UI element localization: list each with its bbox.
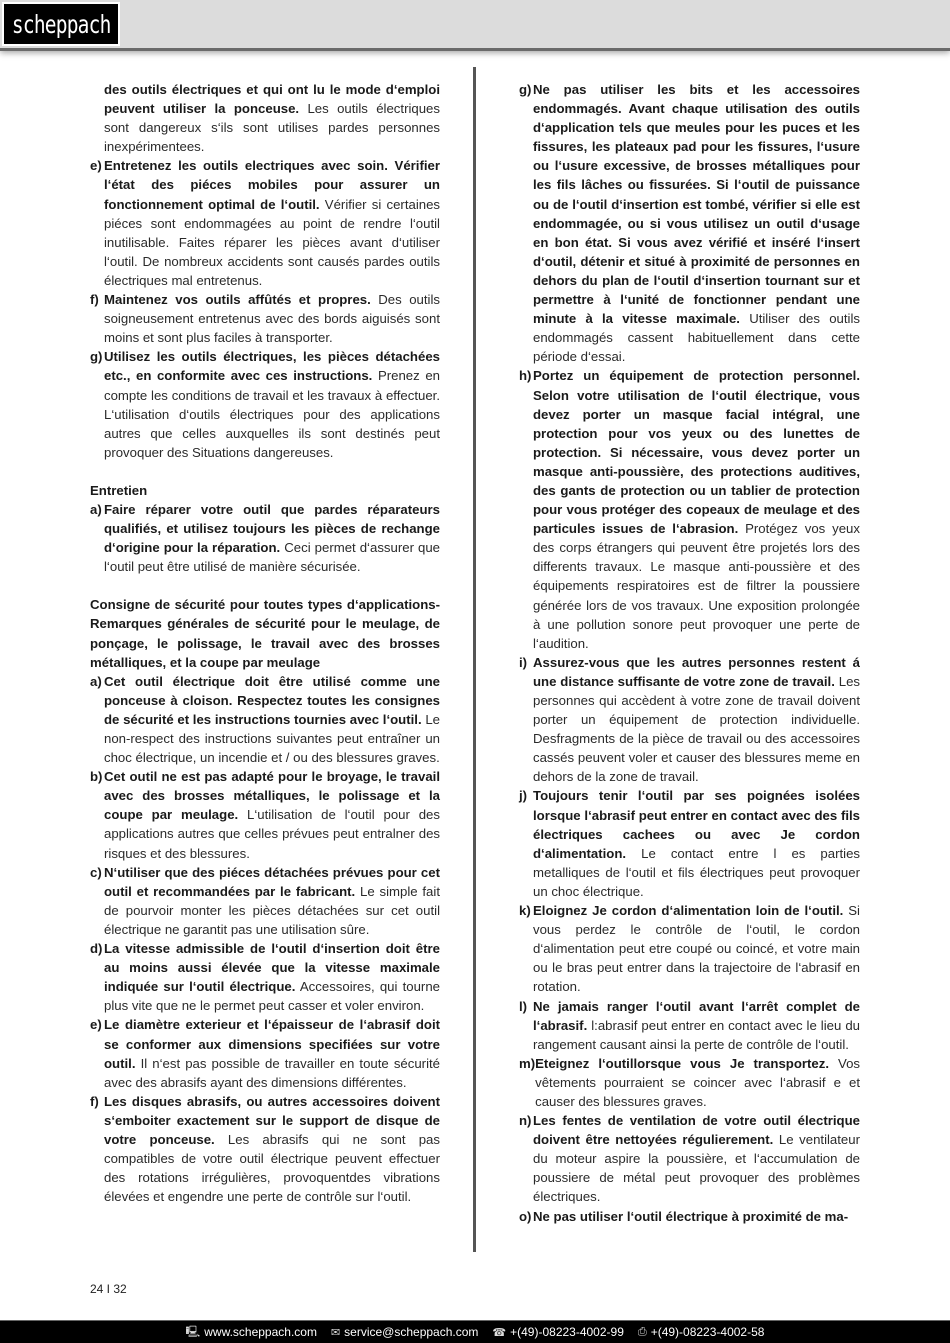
item-label: l) xyxy=(519,997,533,1054)
item-bold: Eteignez l‘outillorsque vous Je transpor… xyxy=(535,1056,829,1071)
list-item: e) Le diamètre exterieur et l‘épaisseur … xyxy=(90,1015,440,1091)
logo-text: scheppach xyxy=(12,10,111,39)
item-plain: Protégez vos yeux des corps étrangers qu… xyxy=(533,521,860,651)
left-column: des outils électriques et qui ont lu le … xyxy=(90,80,440,1206)
contact-footer: 🖳 www.scheppach.com ✉ service@scheppach.… xyxy=(0,1320,950,1343)
list-item: h) Portez un équipement de protection pe… xyxy=(519,366,860,652)
right-column: g) Ne pas utiliser les bits et les acces… xyxy=(519,80,860,1226)
page-number: 24 I 32 xyxy=(90,1282,127,1296)
list-item: f) Les disques abrasifs, ou autres acces… xyxy=(90,1092,440,1207)
list-item: c) N‘utiliser que des piéces détachées p… xyxy=(90,863,440,939)
item-label: j) xyxy=(519,786,533,901)
item-label: f) xyxy=(90,1092,104,1207)
footer-fax: ⎙ +(49)-08223-4002-58 xyxy=(638,1325,765,1339)
fax-icon: ⎙ xyxy=(638,1326,647,1339)
list-item: f) Maintenez vos outils affûtés et propr… xyxy=(90,290,440,347)
item-label: a) xyxy=(90,672,104,767)
item-bold: Maintenez vos outils affûtés et propres. xyxy=(104,292,371,307)
item-label: i) xyxy=(519,653,533,787)
item-label: g) xyxy=(519,80,533,366)
item-bold: Assurez-vous que les autres personnes re… xyxy=(533,655,860,689)
list-item: k) Eloignez Je cordon d‘alimentation loi… xyxy=(519,901,860,996)
page-header: scheppach xyxy=(0,0,950,48)
list-item: j) Toujours tenir l‘outil par ses poigné… xyxy=(519,786,860,901)
item-label: h) xyxy=(519,366,533,652)
footer-email: ✉ service@scheppach.com xyxy=(331,1325,478,1339)
item-bold: Portez un équipement de protection perso… xyxy=(533,368,860,536)
item-label: b) xyxy=(90,767,104,862)
list-item: a) Cet outil électrique doit être utilis… xyxy=(90,672,440,767)
item-plain: Les personnes qui accèdent à votre zone … xyxy=(533,674,860,784)
item-label: e) xyxy=(90,156,104,290)
item-label: d) xyxy=(90,939,104,1015)
item-label: o) xyxy=(519,1207,533,1226)
item-label: m) xyxy=(519,1054,535,1111)
column-divider xyxy=(473,67,476,1252)
spacer xyxy=(90,576,440,595)
website-link[interactable]: www.scheppach.com xyxy=(204,1325,317,1339)
computer-icon: 🖳 xyxy=(186,1323,201,1342)
item-bold: Eloignez Je cordon d‘alimentation loin d… xyxy=(533,903,843,918)
fax-number: +(49)-08223-4002-58 xyxy=(651,1325,765,1339)
item-label: n) xyxy=(519,1111,533,1206)
consigne-heading: Consigne de sécurité pour toutes types d… xyxy=(90,595,440,671)
item-label: g) xyxy=(90,347,104,462)
phone-number: +(49)-08223-4002-99 xyxy=(510,1325,624,1339)
list-item: a) Faire réparer votre outil que pardes … xyxy=(90,500,440,576)
item-bold: Cet outil électrique doit être utilisé c… xyxy=(104,674,440,727)
list-item: g) Utilisez les outils électriques, les … xyxy=(90,347,440,462)
list-item: d) La vitesse admissible de l‘outil d‘in… xyxy=(90,939,440,1015)
list-item: g) Ne pas utiliser les bits et les acces… xyxy=(519,80,860,366)
list-item: m) Eteignez l‘outillorsque vous Je trans… xyxy=(519,1054,860,1111)
item-label: a) xyxy=(90,500,104,576)
scheppach-logo: scheppach xyxy=(2,2,120,46)
item-label: e) xyxy=(90,1015,104,1091)
item-label: f) xyxy=(90,290,104,347)
phone-icon: ☎ xyxy=(492,1326,506,1339)
footer-phone: ☎ +(49)-08223-4002-99 xyxy=(492,1325,623,1339)
email-link[interactable]: service@scheppach.com xyxy=(344,1325,478,1339)
item-bold: Ne pas utiliser l‘outil électrique à pro… xyxy=(533,1209,848,1224)
item-bold: Ne pas utiliser les bits et les accessoi… xyxy=(533,82,860,326)
footer-website: 🖳 www.scheppach.com xyxy=(186,1323,317,1342)
list-item: o) Ne pas utiliser l‘outil électrique à … xyxy=(519,1207,860,1226)
spacer xyxy=(90,462,440,481)
list-item: l) Ne jamais ranger l‘outil avant l‘arrê… xyxy=(519,997,860,1054)
item-label: k) xyxy=(519,901,533,996)
list-item: i) Assurez-vous que les autres personnes… xyxy=(519,653,860,787)
item-plain: Il n‘est pas possible de travailler en t… xyxy=(104,1056,440,1090)
item-label: c) xyxy=(90,863,104,939)
list-item: e) Entretenez les outils electriques ave… xyxy=(90,156,440,290)
intro-paragraph: des outils électriques et qui ont lu le … xyxy=(90,80,440,156)
list-item: b) Cet outil ne est pas adapté pour le b… xyxy=(90,767,440,862)
list-item: n) Les fentes de ventilation de votre ou… xyxy=(519,1111,860,1206)
entretien-heading: Entretien xyxy=(90,481,440,500)
mail-icon: ✉ xyxy=(331,1326,340,1339)
